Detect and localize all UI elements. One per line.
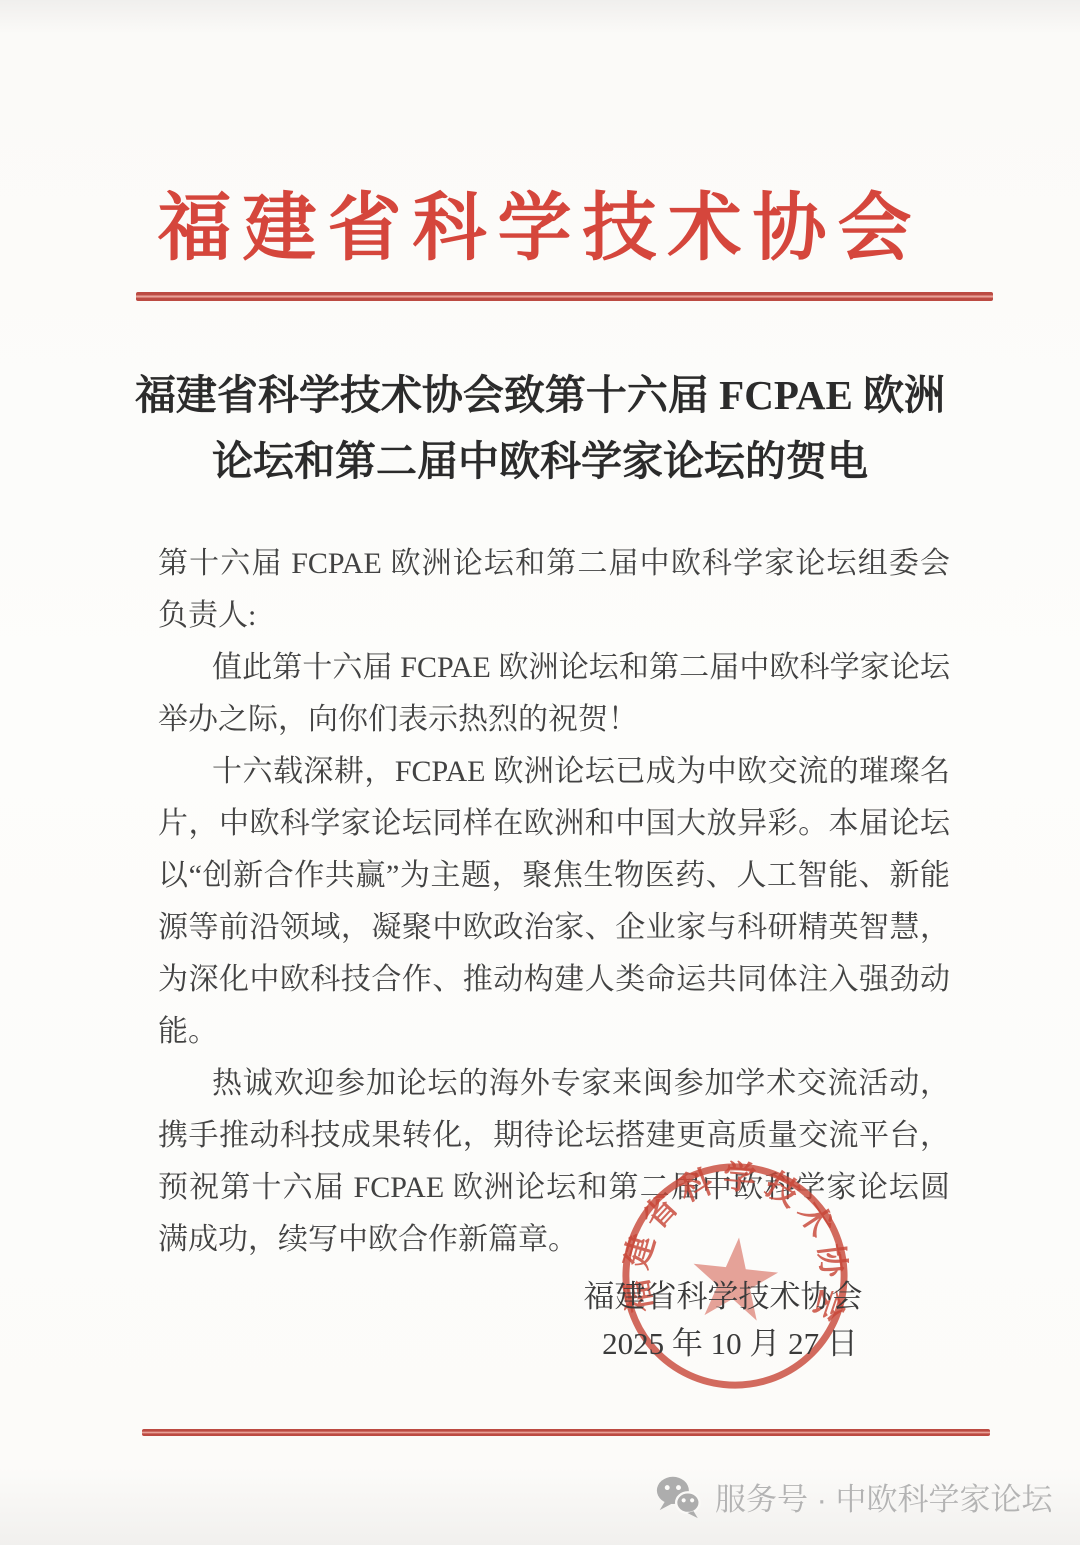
congratulatory-letter-page: 福建省科学技术协会 福建省科学技术协会致第十六届 FCPAE 欧洲 论坛和第二届… xyxy=(0,0,1080,1545)
document-title-line1: 福建省科学技术协会致第十六届 FCPAE 欧洲 xyxy=(90,362,990,428)
signature-date: 2025 年 10 月 27 日 xyxy=(530,1318,930,1363)
service-account-watermark: 服务号 · 中欧科学家论坛 xyxy=(655,1474,1053,1519)
letterhead-divider-rule xyxy=(136,292,993,301)
wechat-icon xyxy=(655,1475,702,1519)
letterhead-org-name: 福建省科学技术协会 xyxy=(0,188,1080,270)
signature-org-name: 福建省科学技术协会 xyxy=(523,1271,923,1316)
watermark-label: 服务号 · 中欧科学家论坛 xyxy=(715,1474,1053,1519)
salutation-line: 第十六届 FCPAE 欧洲论坛和第二届中欧科学家论坛组委会负责人: xyxy=(158,538,950,642)
paragraph-greeting: 值此第十六届 FCPAE 欧洲论坛和第二届中欧科学家论坛举办之际，向你们表示热烈… xyxy=(158,642,950,746)
document-title: 福建省科学技术协会致第十六届 FCPAE 欧洲 论坛和第二届中欧科学家论坛的贺电 xyxy=(90,362,990,494)
paragraph-forum-theme: 十六载深耕，FCPAE 欧洲论坛已成为中欧交流的璀璨名片，中欧科学家论坛同样在欧… xyxy=(158,746,950,1058)
footer-rule xyxy=(142,1429,990,1436)
document-title-line2: 论坛和第二届中欧科学家论坛的贺电 xyxy=(90,428,990,494)
